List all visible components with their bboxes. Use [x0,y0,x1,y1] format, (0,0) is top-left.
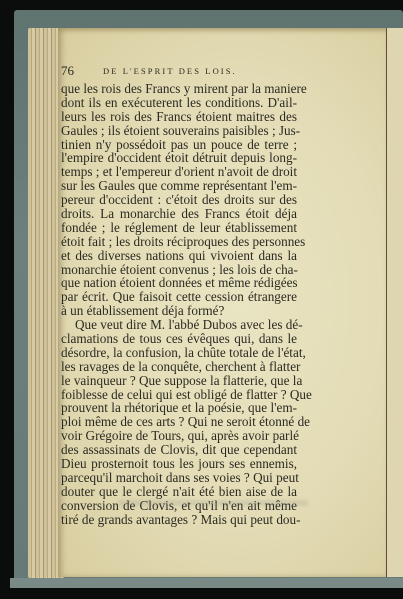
text-line: les ravages de la conquête, cherchent à … [61,360,297,374]
text-line: fondée ; le réglement de leur établissem… [61,221,297,235]
text-line: droits. La monarchie des Francs étoit dé… [61,207,297,221]
text-line: étoit fait ; les droits réciproques des … [61,235,297,249]
text-line: Gaules ; ils étoient souverains paisible… [61,124,297,138]
text-line: dont ils en exécuterent les conditions. … [61,96,297,110]
cover-edge [10,578,403,588]
text-line: par écrit. Que faisoit cette cession étr… [61,290,297,304]
text-line: le vainqueur ? Que suppose la flatterie,… [61,374,297,388]
text-line: clamations de tous ces évêques qui, dans… [61,332,297,346]
text-line: l'empire d'occident étoit détruit depuis… [61,151,297,165]
text-line: tinien n'y possédoit pas un pouce de ter… [61,138,297,152]
text-line: monarchie étoient convenus ; les lois de… [61,263,297,277]
body-text: que les rois des Francs y mirent par la … [61,82,297,527]
text-line: douter que le clergé n'ait été bien aise… [61,485,297,499]
text-line: des assassinats de Clovis, dit que cepen… [61,443,297,457]
text-line: ploi même de ces arts ? Qui ne seroit ét… [61,415,297,429]
text-line: Que veut dire M. l'abbé Dubos avec les d… [61,318,297,332]
text-line: voir Grégoire de Tours, qui, après avoir… [61,429,297,443]
text-line: tiré de grands avantages ? Mais qui peut… [61,513,297,527]
text-line: que les rois des Francs y mirent par la … [61,82,297,96]
paragraph-2: Que veut dire M. l'abbé Dubos avec les d… [61,318,297,526]
text-line: foiblesse de celui qui est obligé de fla… [61,388,297,402]
show-through-ink [118,500,308,506]
page-number: 76 [61,63,74,79]
text-line: désordre, la confusion, la chûte totale … [61,346,297,360]
text-line: temps ; et l'empereur d'orient n'avoit d… [61,165,297,179]
text-line: que nation étoient données et même rédig… [61,276,297,290]
text-line: Dieu prosternoit tous les jours ses enne… [61,457,297,471]
text-line: à un établissement déja formé? [61,304,297,318]
page-header: 76 DE L'ESPRIT DES LOIS. [61,63,297,79]
text-line: pereur d'occident : c'étoit des droits s… [61,193,297,207]
text-line: parcequ'il marchoit dans ses voies ? Qui… [61,471,297,485]
text-line: leurs les rois des Francs étoient maitre… [61,110,297,124]
book-photo: 76 DE L'ESPRIT DES LOIS. que les rois de… [0,0,403,599]
text-line: prouvent la rhétorique et la poésie, que… [61,401,297,415]
facing-page-edge [386,28,403,577]
running-head: DE L'ESPRIT DES LOIS. [103,66,237,76]
text-line: et des diverses nations qui vivoient dan… [61,249,297,263]
text-line: sur les Gaules que comme représentant l'… [61,179,297,193]
paragraph-1: que les rois des Francs y mirent par la … [61,82,297,318]
